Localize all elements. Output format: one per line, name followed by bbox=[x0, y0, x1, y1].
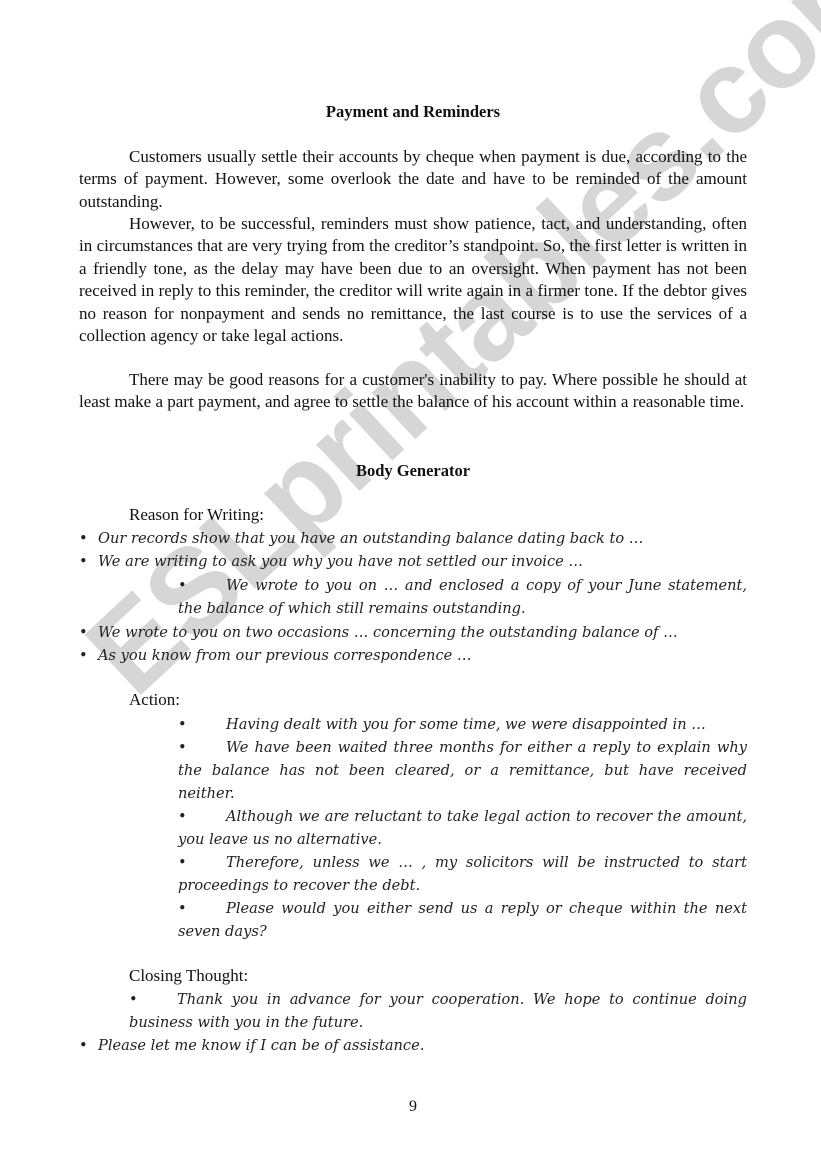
bullet-icon: • bbox=[79, 527, 98, 550]
list-item: •Having dealt with you for some time, we… bbox=[178, 713, 747, 736]
reason-label: Reason for Writing: bbox=[129, 505, 264, 525]
list-item: •Our records show that you have an outst… bbox=[79, 527, 643, 550]
bullet-icon: • bbox=[129, 988, 177, 1011]
bullet-icon: • bbox=[79, 644, 98, 667]
bullet-icon: • bbox=[178, 736, 226, 759]
document-title: Payment and Reminders bbox=[79, 102, 747, 122]
list-item: •Thank you in advance for your cooperati… bbox=[129, 988, 747, 1034]
bullet-icon: • bbox=[178, 713, 226, 736]
closing-label: Closing Thought: bbox=[129, 966, 248, 986]
bullet-icon: • bbox=[79, 550, 98, 573]
bullet-icon: • bbox=[79, 621, 98, 644]
list-item: •Please would you either send us a reply… bbox=[178, 897, 747, 943]
paragraph-3: There may be good reasons for a customer… bbox=[79, 369, 747, 414]
bullet-icon: • bbox=[178, 897, 226, 920]
page-number: 9 bbox=[79, 1098, 747, 1116]
document-page: ESLprintables.com Payment and Reminders … bbox=[0, 0, 821, 1169]
list-item: •Therefore, unless we … , my solicitors … bbox=[178, 851, 747, 897]
list-item: •We wrote to you on … and enclosed a cop… bbox=[178, 574, 747, 620]
list-item: •We are writing to ask you why you have … bbox=[79, 550, 583, 573]
paragraph-1: Customers usually settle their accounts … bbox=[79, 146, 747, 213]
paragraph-2: However, to be successful, reminders mus… bbox=[79, 213, 747, 347]
bullet-icon: • bbox=[178, 805, 226, 828]
list-item: •We have been waited three months for ei… bbox=[178, 736, 747, 805]
section-title: Body Generator bbox=[79, 461, 747, 481]
list-item: •As you know from our previous correspon… bbox=[79, 644, 472, 667]
list-item: •Please let me know if I can be of assis… bbox=[79, 1034, 424, 1057]
list-item: •Although we are reluctant to take legal… bbox=[178, 805, 747, 851]
bullet-icon: • bbox=[178, 574, 226, 597]
bullet-icon: • bbox=[79, 1034, 98, 1057]
list-item: •We wrote to you on two occasions … conc… bbox=[79, 621, 678, 644]
action-label: Action: bbox=[129, 690, 180, 710]
bullet-icon: • bbox=[178, 851, 226, 874]
